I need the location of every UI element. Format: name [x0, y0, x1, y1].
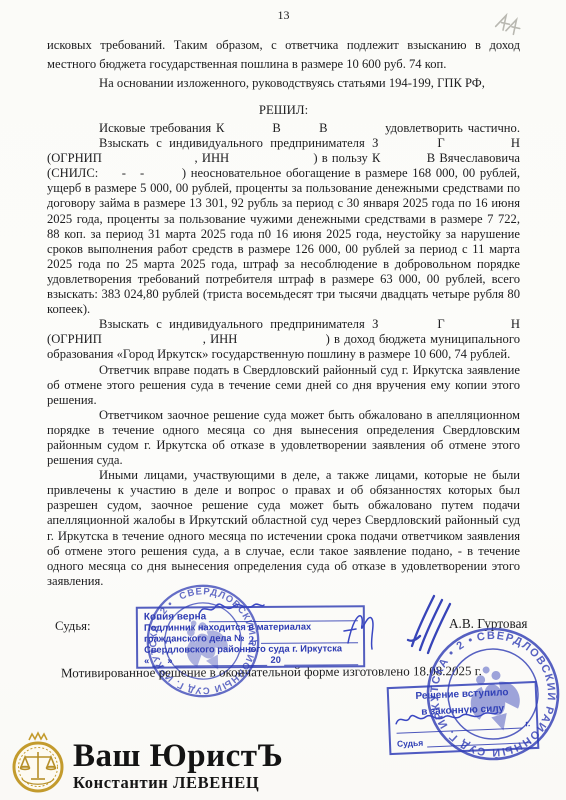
date-rule	[396, 719, 522, 734]
year-rule	[284, 655, 358, 666]
document-text: 13 исковых требований. Таким образом, с …	[47, 8, 520, 589]
copy-stamp-court-name: Свердловского районного суда г. Иркутска	[144, 643, 342, 655]
copy-stamp-case-label: гражданского дела №	[144, 633, 245, 645]
legal-stamp-line2: в законную силу	[396, 702, 530, 719]
copy-certification-stamp: Копия верна Подлинник находится в матери…	[136, 605, 365, 669]
logo-title: Ваш ЮристЪ	[73, 740, 283, 773]
year-prefix: 20	[270, 655, 280, 666]
scanned-court-decision-page: 13 исковых требований. Таким образом, с …	[0, 0, 566, 800]
copy-stamp-title: Копия верна	[144, 611, 206, 622]
legal-stamp-line1: Решение вступило	[395, 686, 529, 703]
paragraph-basis: На основании изложенного, руководствуясь…	[47, 74, 520, 93]
paragraph-claims: Исковые требования К В В удовлетворить ч…	[47, 121, 520, 136]
pencil-note-44	[492, 12, 524, 40]
logo-subtitle: Константин ЛЕВЕНЕЦ	[73, 774, 283, 791]
paragraph-other-persons: Иными лицами, участвующими в деле, а так…	[47, 468, 520, 589]
paragraph-defendant-right: Ответчик вправе подать в Свердловский ра…	[47, 363, 520, 408]
paragraph-duty: исковых требований. Таким образом, с отв…	[47, 36, 520, 74]
day-rule	[152, 657, 164, 667]
judge-name: А.В. Гуртовая	[449, 616, 528, 632]
copy-stamp-original-note: Подлинник находится в материалах	[144, 622, 311, 634]
month-rule	[175, 656, 267, 667]
paragraph-recovery-budget: Взыскать с индивидуального предпринимате…	[47, 317, 520, 362]
year-suffix: г.	[525, 718, 530, 728]
law-firm-logo: Ваш ЮристЪ Константин ЛЕВЕНЕЦ	[10, 731, 283, 797]
paragraph-appeal-order: Ответчиком заочное решение суда может бы…	[47, 408, 520, 468]
handwritten-case-number: 2-	[247, 635, 258, 644]
paragraph-recovery-favor: Взыскать с индивидуального предпринимате…	[47, 136, 520, 317]
legal-force-stamp: Решение вступило в законную силу г. Судь…	[387, 681, 540, 755]
signature-rule	[209, 611, 358, 622]
scales-emblem-icon	[10, 731, 66, 797]
case-number-rule	[260, 633, 358, 644]
quote-close: »	[167, 656, 172, 667]
page-number: 13	[47, 8, 520, 23]
judge-rule	[427, 733, 531, 747]
quote-open: «	[144, 656, 149, 667]
judge-label: Судья:	[55, 619, 91, 634]
legal-stamp-judge-label: Судья	[397, 738, 424, 749]
resolution-heading: РЕШИЛ:	[47, 103, 520, 118]
